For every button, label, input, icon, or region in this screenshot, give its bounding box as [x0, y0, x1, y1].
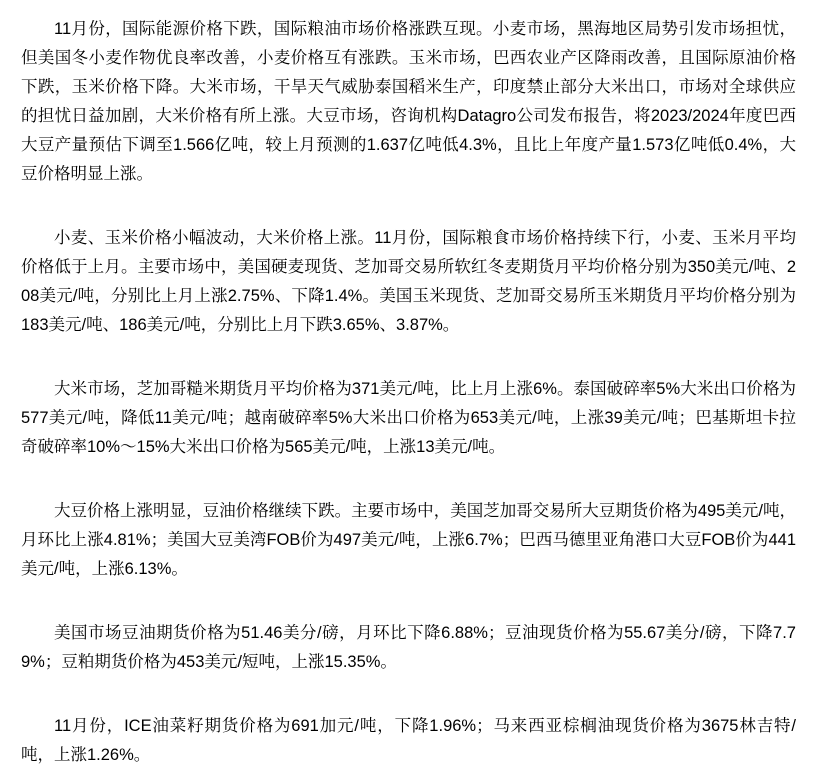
paragraph-soybean-prices: 大豆价格上涨明显，豆油价格继续下跌。主要市场中，美国芝加哥交易所大豆期货价格为4… — [21, 497, 796, 584]
document-body: 11月份，国际能源价格下跌，国际粮油市场价格涨跌互现。小麦市场，黑海地区局势引发… — [0, 0, 818, 776]
paragraph-market-overview: 11月份，国际能源价格下跌，国际粮油市场价格涨跌互现。小麦市场，黑海地区局势引发… — [21, 15, 796, 189]
paragraph-soyoil-meal-prices: 美国市场豆油期货价格为51.46美分/磅，月环比下降6.88%；豆油现货价格为5… — [21, 619, 796, 677]
paragraph-rice-prices: 大米市场，芝加哥糙米期货月平均价格为371美元/吨，比上月上涨6%。泰国破碎率5… — [21, 375, 796, 462]
paragraph-rapeseed-palmoil-prices: 11月份，ICE油菜籽期货价格为691加元/吨，下降1.96%；马来西亚棕榈油现… — [21, 712, 796, 770]
paragraph-wheat-corn-prices: 小麦、玉米价格小幅波动，大米价格上涨。11月份，国际粮食市场价格持续下行，小麦、… — [21, 224, 796, 340]
